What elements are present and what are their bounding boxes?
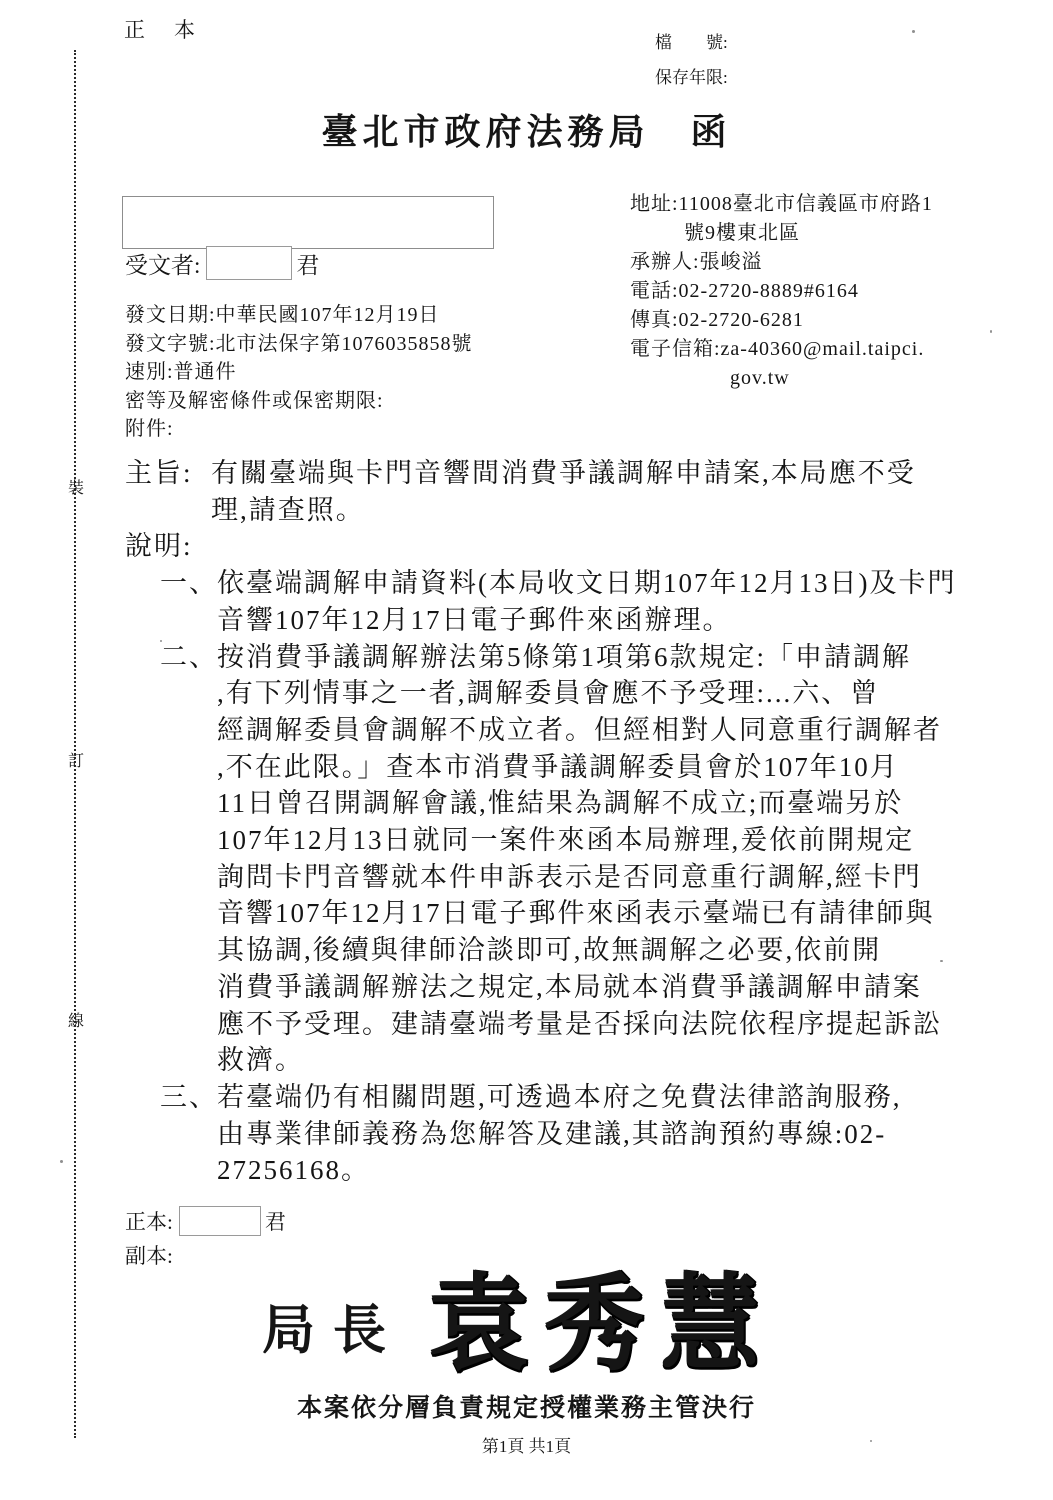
subject-label: 主旨:: [125, 455, 193, 492]
cc-copy-label: 副本:: [125, 1240, 173, 1270]
binding-mark: 裝: [66, 475, 86, 498]
item-line: 107年12月13日就同一案件來函本局辦理,爰依前開規定: [217, 822, 985, 859]
scan-speckle: [690, 230, 692, 232]
document-meta-block: 發文日期:中華民國107年12月19日發文字號:北市法保字第1076035858…: [125, 301, 605, 444]
item-line: 11日曾召開調解會議,惟結果為調解不成立;而臺端另於: [217, 785, 985, 822]
signer-title: 局長: [262, 1288, 404, 1364]
document-page: 裝訂線 正 本 檔 號: 保存年限: 臺北市政府法務局 函 受文者: 君 地址:…: [0, 0, 1053, 1500]
retention-period-label: 保存年限:: [655, 63, 728, 88]
scan-speckle: [912, 30, 915, 33]
delegation-note: 本案依分層負責規定授權業務主管決行: [0, 1388, 1053, 1424]
item-line: ,有下列情事之一者,調解委員會應不予受理:...六、曾: [217, 675, 985, 712]
cc-original-row: 正本: 君: [125, 1204, 286, 1238]
binding-dotted-line: 裝訂線: [74, 50, 76, 1438]
contact-line: 承辦人:張峻溢: [630, 248, 1030, 277]
item-line: 音響107年12月17日電子郵件來函辦理。: [217, 602, 985, 639]
contact-line: 地址:11008臺北市信義區市府路1: [630, 190, 1030, 219]
cc-block: 正本: 君 副本:: [125, 1204, 286, 1272]
item-line: 應不予受理。建請臺端考量是否採向法院依程序提起訴訟: [217, 1006, 985, 1043]
recipient-label: 受文者:: [125, 247, 200, 280]
item-marker: 一、: [160, 565, 218, 602]
scanned-letter-page: { "page": { "copy_label": "正 本", "file_n…: [0, 0, 1053, 1500]
cc-original-suffix: 君: [265, 1206, 286, 1236]
scan-speckle: [160, 640, 162, 642]
explanation-item-2: 二、按消費爭議調解辦法第5條第1項第6款規定:「申請調解,有下列情事之一者,調解…: [160, 639, 985, 1079]
subject-line: 理,請查照。: [211, 492, 985, 529]
item-line: 消費爭議調解辦法之規定,本局就本消費爭議調解申請案: [217, 969, 985, 1006]
agency-contact-block: 地址:11008臺北市信義區市府路1號9樓東北區承辦人:張峻溢電話:02-272…: [630, 190, 1030, 393]
redaction-box-recipient-name: [206, 246, 292, 280]
recipient-row: 受文者: 君: [125, 246, 319, 280]
item-line: 救濟。: [217, 1042, 985, 1079]
page-number: 第1頁 共1頁: [0, 1432, 1053, 1457]
subject-line: 有關臺端與卡門音響間消費爭議調解申請案,本局應不受: [211, 455, 985, 492]
recipient-suffix: 君: [296, 247, 319, 280]
contact-line: gov.tw: [630, 364, 1030, 393]
item-marker: 二、: [160, 639, 218, 676]
item-marker: 三、: [160, 1079, 218, 1116]
meta-line: 發文日期:中華民國107年12月19日: [125, 301, 605, 330]
item-line: 27256168。: [217, 1152, 985, 1189]
binding-mark: 訂: [66, 748, 86, 771]
cc-original-label: 正本:: [125, 1206, 173, 1236]
copy-type-label: 正 本: [124, 14, 199, 44]
explanation-label: 說明:: [125, 528, 985, 565]
cc-copy-row: 副本:: [125, 1238, 286, 1272]
scan-speckle: [990, 330, 992, 333]
item-line: 詢問卡門音響就本件申訴表示是否同意重行調解,經卡門: [217, 859, 985, 896]
item-line: 依臺端調解申請資料(本局收文日期107年12月13日)及卡門: [217, 565, 985, 602]
contact-line: 號9樓東北區: [630, 219, 1030, 248]
meta-line: 密等及解密條件或保密期限:: [125, 387, 605, 416]
file-number-label: 檔 號:: [655, 28, 728, 53]
meta-line: 發文字號:北市法保字第1076035858號: [125, 330, 605, 359]
item-line: 音響107年12月17日電子郵件來函表示臺端已有請律師與: [217, 895, 985, 932]
redaction-box-cc-name: [179, 1206, 261, 1236]
letter-body: 主旨: 有關臺端與卡門音響間消費爭議調解申請案,本局應不受理,請查照。 說明: …: [125, 455, 985, 1189]
meta-line: 附件:: [125, 415, 605, 444]
scan-speckle: [60, 1160, 63, 1163]
contact-line: 電話:02-2720-8889#6164: [630, 277, 1030, 306]
subject-paragraph: 主旨: 有關臺端與卡門音響間消費爭議調解申請案,本局應不受理,請查照。: [125, 455, 985, 528]
contact-line: 電子信箱:za-40360@mail.taipci.: [630, 335, 1030, 364]
contact-line: 傳真:02-2720-6281: [630, 306, 1030, 335]
item-line: 若臺端仍有相關問題,可透過本府之免費法律諮詢服務,: [217, 1079, 985, 1116]
scan-speckle: [940, 960, 943, 962]
explanation-items: 一、依臺端調解申請資料(本局收文日期107年12月13日)及卡門音響107年12…: [125, 565, 985, 1189]
item-line: 按消費爭議調解辦法第5條第1項第6款規定:「申請調解: [217, 639, 985, 676]
explanation-item-3: 三、若臺端仍有相關問題,可透過本府之免費法律諮詢服務,由專業律師義務為您解答及建…: [160, 1079, 985, 1189]
document-title: 臺北市政府法務局 函: [0, 104, 1053, 155]
explanation-item-1: 一、依臺端調解申請資料(本局收文日期107年12月13日)及卡門音響107年12…: [160, 565, 985, 638]
signer-name-signature: 袁秀慧: [428, 1239, 776, 1390]
binding-mark: 線: [66, 1008, 86, 1031]
meta-line: 速別:普通件: [125, 358, 605, 387]
redaction-box-address: [122, 196, 494, 249]
item-line: ,不在此限。」查本市消費爭議調解委員會於107年10月: [217, 749, 985, 786]
item-line: 由專業律師義務為您解答及建議,其諮詢預約專線:02-: [217, 1116, 985, 1153]
item-line: 經調解委員會調解不成立者。但經相對人同意重行調解者: [217, 712, 985, 749]
scan-speckle: [870, 1440, 872, 1442]
item-line: 其協調,後續與律師洽談即可,故無調解之必要,依前開: [217, 932, 985, 969]
